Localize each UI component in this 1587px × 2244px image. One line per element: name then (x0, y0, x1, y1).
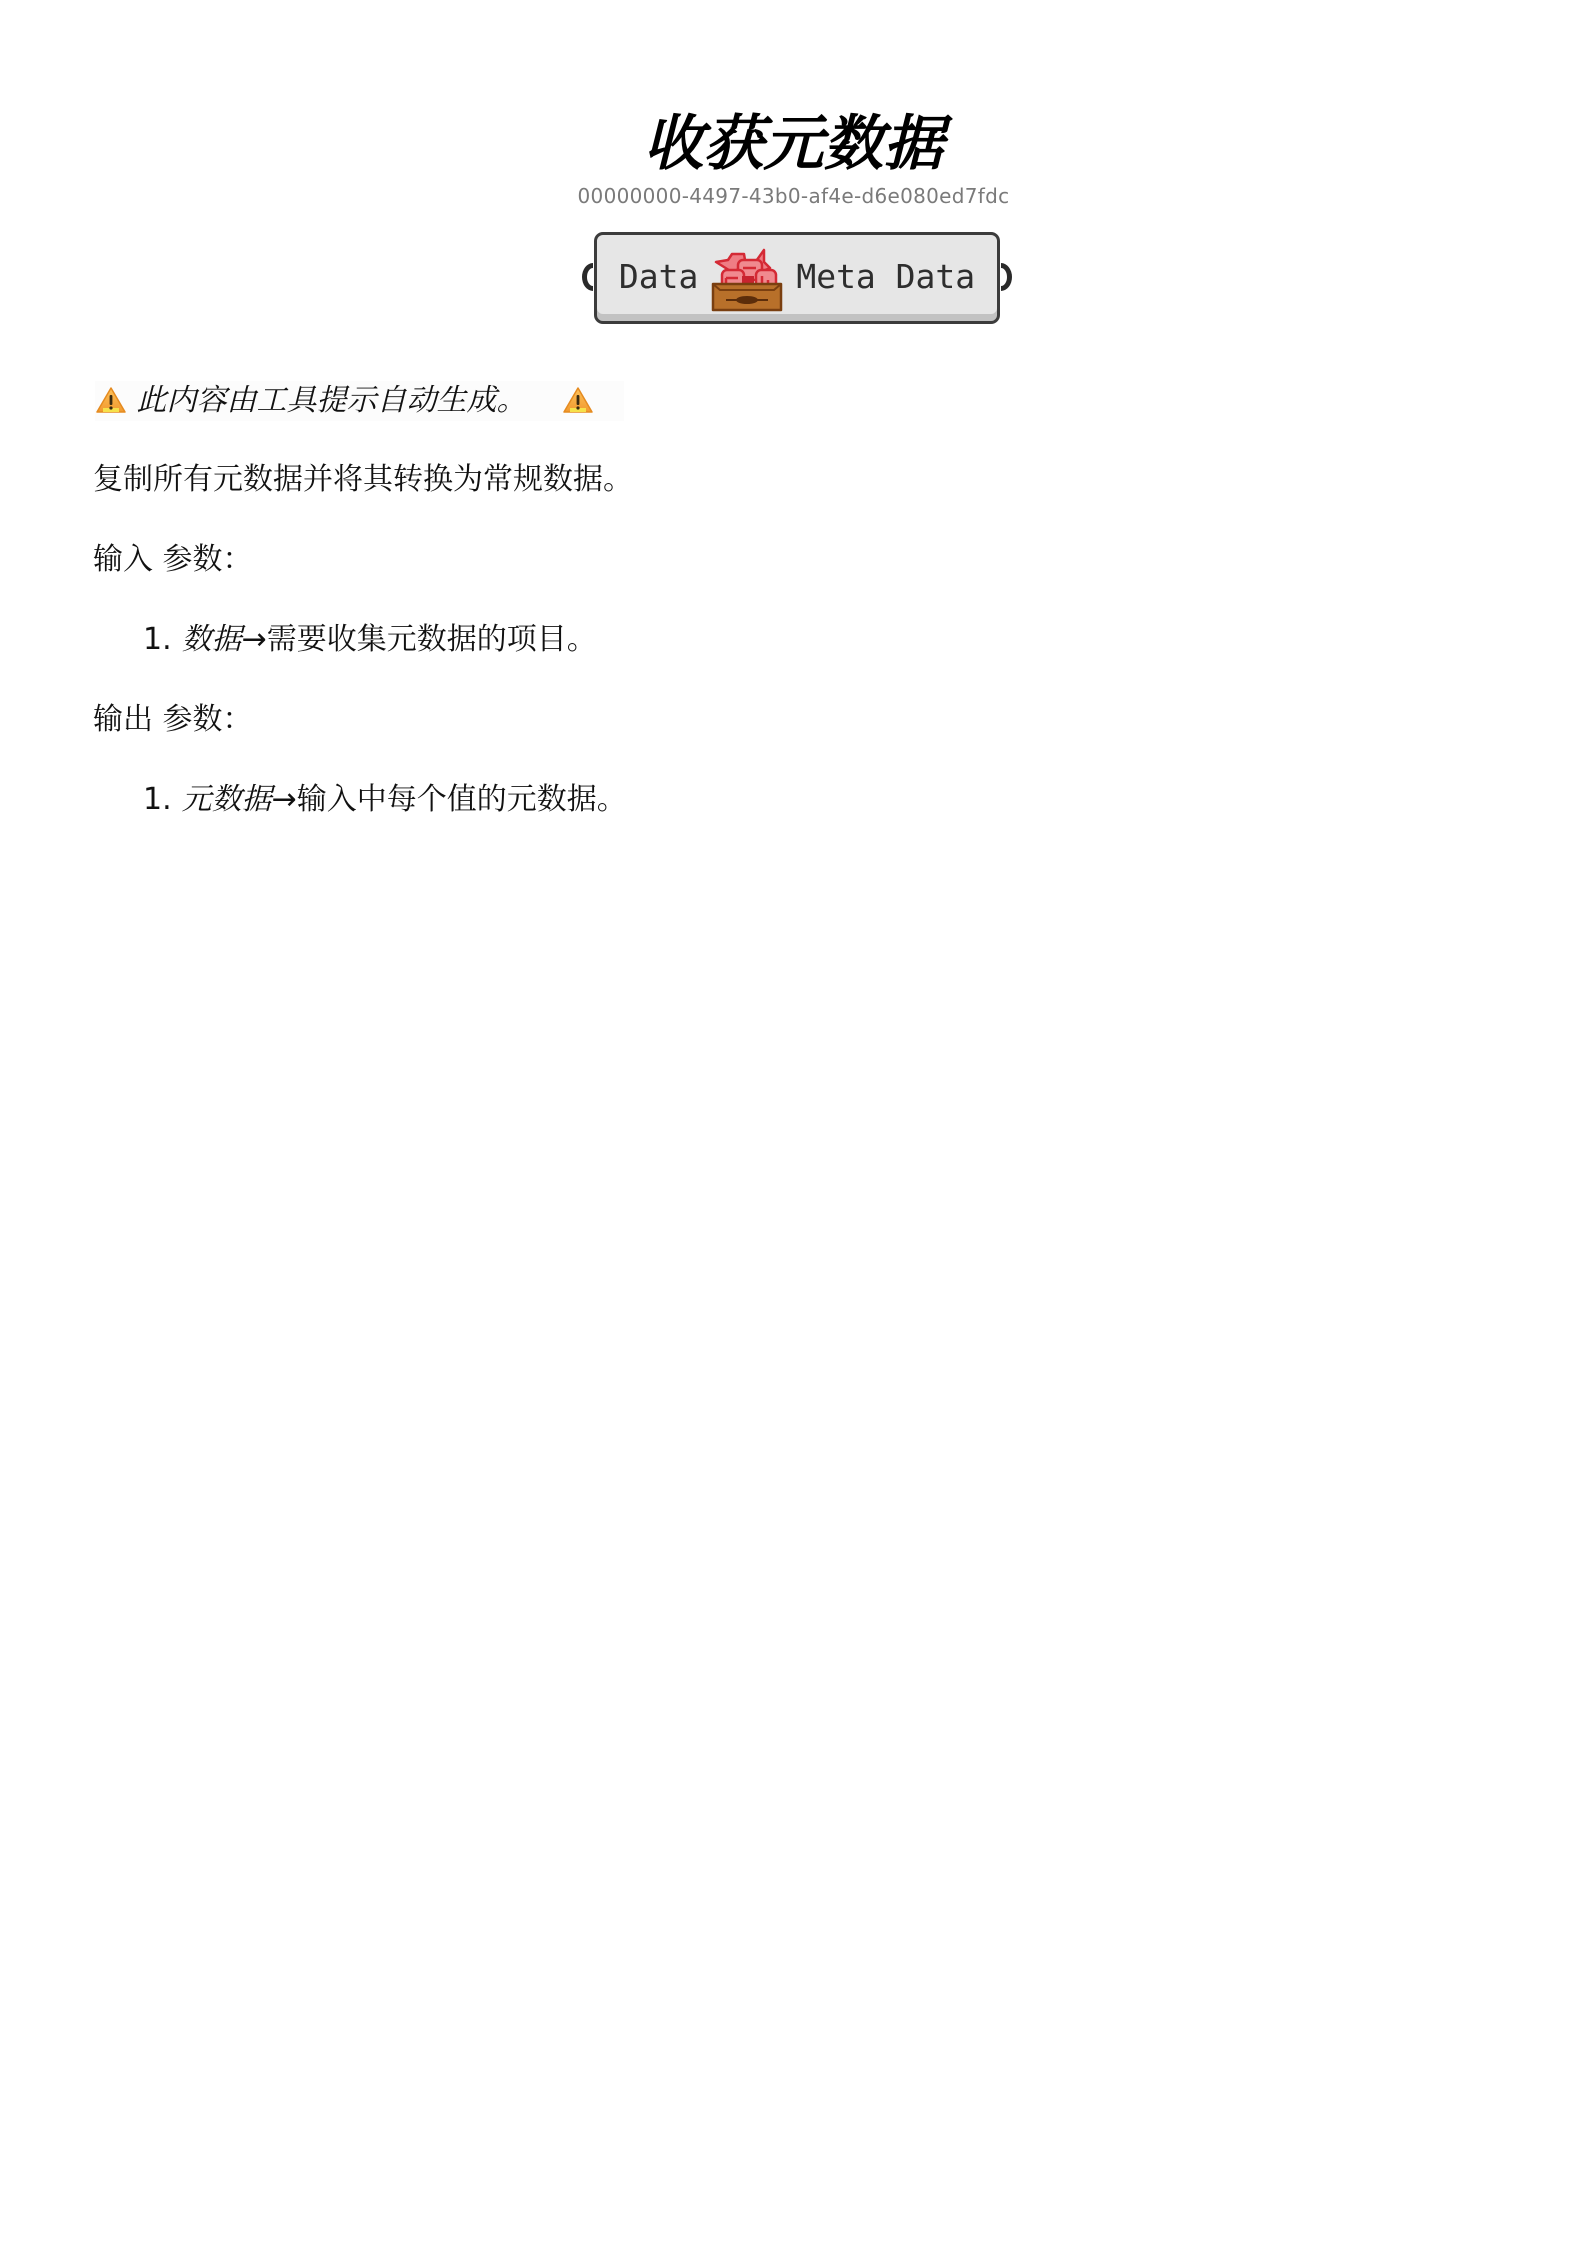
param-name: 数据 (182, 622, 242, 657)
component-guid: 00000000-4497-43b0-af4e-d6e080ed7fdc (0, 182, 1587, 210)
list-number: 1. (143, 782, 172, 817)
input-port-label: Data (619, 257, 698, 297)
input-param-item: 1.数据→需要收集元数据的项目。 (143, 620, 597, 660)
output-port-label: Meta Data (796, 257, 975, 297)
arrow-icon: → (272, 782, 297, 817)
arrow-icon: → (242, 622, 267, 657)
param-name: 元数据 (182, 782, 272, 817)
warning-icon (95, 386, 127, 414)
param-description: 需要收集元数据的项目。 (267, 622, 597, 657)
list-number: 1. (143, 622, 172, 657)
metadata-drawer-icon (710, 242, 784, 312)
outputs-heading: 输出 参数： (93, 700, 253, 740)
auto-generated-notice: 此内容由工具提示自动生成。 (95, 381, 624, 421)
component-body[interactable]: Data Meta Data (594, 232, 1000, 324)
component-node[interactable]: Data Meta Data (594, 232, 1000, 324)
param-description: 输入中每个值的元数据。 (297, 782, 627, 817)
inputs-heading: 输入 参数： (93, 540, 253, 580)
component-description: 复制所有元数据并将其转换为常规数据。 (93, 460, 633, 500)
warning-icon (562, 386, 594, 414)
page-title: 收获元数据 (0, 104, 1587, 184)
output-param-item: 1.元数据→输入中每个值的元数据。 (143, 780, 627, 820)
notice-text: 此内容由工具提示自动生成。 (137, 383, 527, 418)
